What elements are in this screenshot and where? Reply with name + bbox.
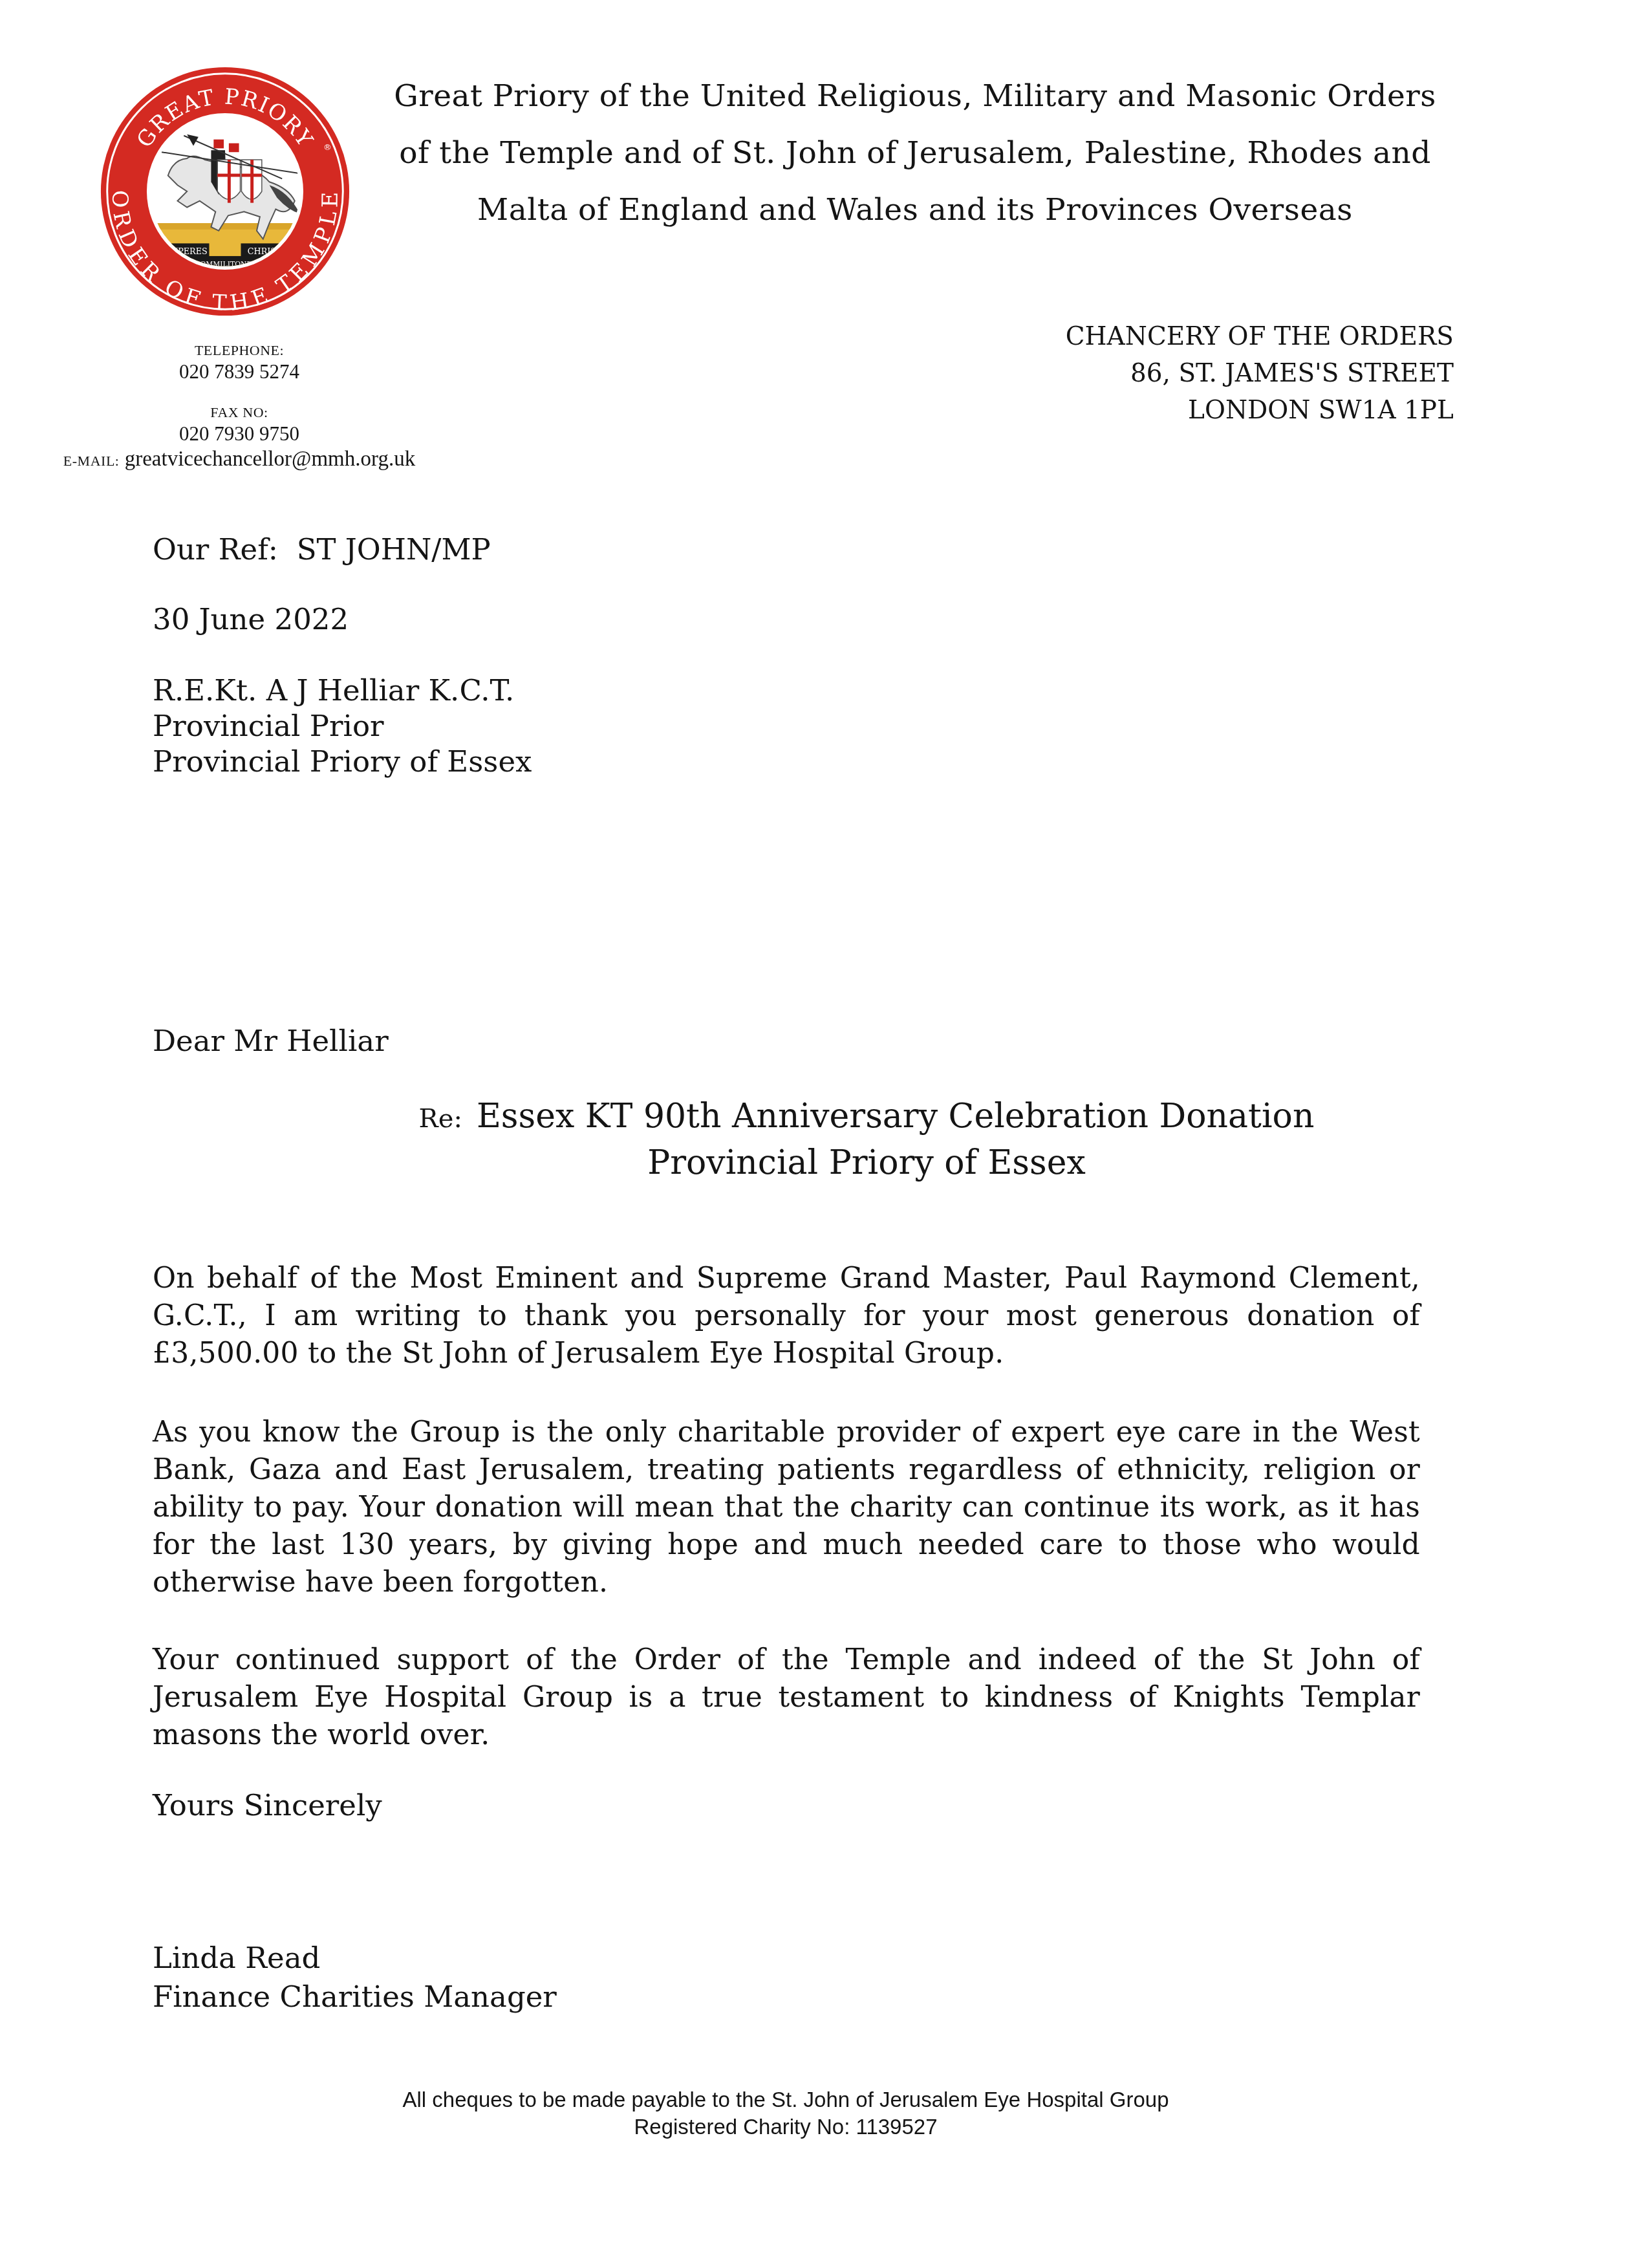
- closing: Yours Sincerely: [153, 1786, 382, 1825]
- salutation: Dear Mr Helliar: [153, 1022, 389, 1061]
- address-line: LONDON SW1A 1PL: [970, 392, 1454, 429]
- letterhead-title-line: of the Temple and of St. John of Jerusal…: [362, 125, 1468, 182]
- letter-date: 30 June 2022: [153, 600, 349, 639]
- body-paragraph: On behalf of the Most Eminent and Suprem…: [153, 1260, 1420, 1372]
- body-paragraph: As you know the Group is the only charit…: [153, 1414, 1420, 1601]
- signer-title: Finance Charities Manager: [153, 1978, 557, 2016]
- subject-subtitle: Provincial Priory of Essex: [297, 1141, 1436, 1185]
- fax-label: FAX NO:: [0, 404, 479, 422]
- subject-title: Essex KT 90th Anniversary Celebration Do…: [477, 1097, 1315, 1136]
- reference: Our Ref: ST JOHN/MP: [153, 530, 491, 569]
- recipient-line: Provincial Priory of Essex: [153, 744, 532, 779]
- subject-line: Re:Essex KT 90th Anniversary Celebration…: [297, 1094, 1436, 1185]
- recipient-line: R.E.Kt. A J Helliar K.C.T.: [153, 673, 532, 708]
- email-row: E-MAIL: greatvicechancellor@mmh.org.uk: [0, 446, 479, 474]
- telephone-number: 020 7839 5274: [0, 360, 479, 384]
- email-address[interactable]: greatvicechancellor@mmh.org.uk: [125, 448, 415, 471]
- footer: All cheques to be made payable to the St…: [194, 2086, 1377, 2141]
- signer-name: Linda Read: [153, 1939, 320, 1978]
- subject-label: Re:: [419, 1104, 462, 1134]
- reference-label: Our Ref:: [153, 532, 278, 567]
- registered-mark: ®: [323, 143, 332, 153]
- letterhead-title-line: Great Priory of the United Religious, Mi…: [362, 68, 1468, 125]
- footer-cheques-note: All cheques to be made payable to the St…: [194, 2086, 1377, 2113]
- great-priory-seal-icon: PAUPERES CHRISTI COMMILITONES GREAT PRIO…: [98, 65, 352, 318]
- chancery-address: CHANCERY OF THE ORDERS 86, ST. JAMES'S S…: [970, 318, 1454, 429]
- email-label: E-MAIL:: [63, 453, 120, 469]
- letterhead-title: Great Priory of the United Religious, Mi…: [362, 68, 1468, 239]
- fax-number: 020 7930 9750: [0, 422, 479, 446]
- address-line: CHANCERY OF THE ORDERS: [970, 318, 1454, 355]
- address-line: 86, ST. JAMES'S STREET: [970, 355, 1454, 392]
- recipient-line: Provincial Prior: [153, 708, 532, 744]
- body-paragraph: Your continued support of the Order of t…: [153, 1641, 1420, 1754]
- telephone-label: TELEPHONE:: [0, 341, 479, 360]
- letterhead-title-line: Malta of England and Wales and its Provi…: [362, 182, 1468, 239]
- contact-block: TELEPHONE: 020 7839 5274 FAX NO: 020 793…: [0, 341, 479, 474]
- recipient-address: R.E.Kt. A J Helliar K.C.T. Provincial Pr…: [153, 673, 532, 779]
- footer-charity-number: Registered Charity No: 1139527: [194, 2113, 1377, 2141]
- reference-value: ST JOHN/MP: [297, 532, 491, 567]
